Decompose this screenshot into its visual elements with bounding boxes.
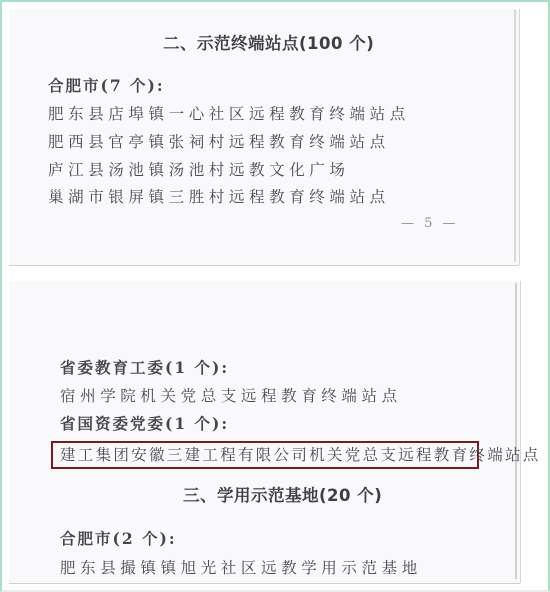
section-title-study-demo-bases: 三、学用示范基地(20 个)	[183, 486, 382, 506]
group-label-education-committee: 省委教育工委(1 个):	[60, 359, 229, 377]
group-label-sasac-party-committee: 省国资委党委(1 个):	[60, 415, 229, 433]
list-item: 肥东县撮镇镇旭光社区远教学用示范基地	[60, 559, 422, 577]
list-item: 肥西县官亭镇张祠村远程教育终端站点	[48, 133, 390, 151]
highlighted-list-item: 建工集团安徽三建工程有限公司机关党总支远程教育终端站点	[60, 446, 541, 464]
list-item: 宿州学院机关党总支远程教育终端站点	[60, 387, 402, 405]
list-item: 巢湖市银屏镇三胜村远程教育终端站点	[48, 188, 390, 206]
group-label-hefei: 合肥市(2 个):	[60, 530, 177, 548]
page-edge	[514, 10, 516, 262]
page-number: — 5 —	[401, 216, 459, 231]
list-item: 庐江县汤池镇汤池村远教文化广场	[48, 161, 350, 179]
group-label-hefei: 合肥市(7 个):	[48, 77, 165, 95]
section-title-demo-terminals: 二、示范终端站点(100 个)	[163, 34, 374, 54]
page-edge	[515, 283, 517, 579]
list-item: 肥东县店埠镇一心社区远程教育终端站点	[48, 105, 410, 123]
